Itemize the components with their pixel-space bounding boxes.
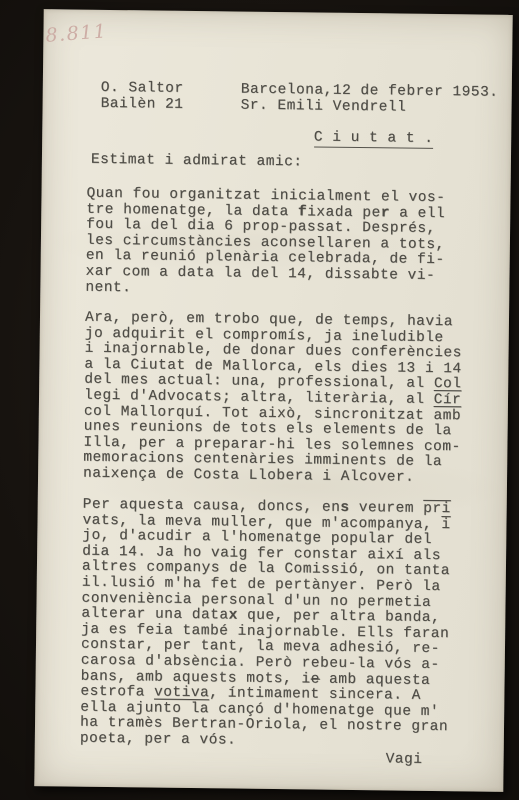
sender-block: O. Saltor Bailèn 21 bbox=[101, 81, 184, 113]
closing-word: Vagi bbox=[386, 752, 423, 768]
letter-line: naixença de Costa Llobera i Alcover. bbox=[83, 467, 460, 487]
recipient-city-underlined: C i u t a t . bbox=[314, 130, 434, 149]
sender-name: O. Saltor bbox=[101, 81, 184, 98]
letter-page: 8.811 O. Saltor Bailèn 21 Barcelona,12 d… bbox=[34, 9, 512, 792]
archive-number-annotation: 8.811 bbox=[45, 20, 108, 47]
salutation: Estimat i admirat amic: bbox=[91, 153, 303, 171]
paragraph-2: Ara, però, em trobo que, de temps, havia… bbox=[83, 311, 462, 487]
photo-background: 8.811 O. Saltor Bailèn 21 Barcelona,12 d… bbox=[0, 0, 519, 800]
paragraph-1: Quan fou organitzat inicialment el vos-t… bbox=[85, 187, 445, 301]
sender-address: Bailèn 21 bbox=[101, 96, 184, 113]
paragraph-3: Per aquesta causa, doncs, ens veurem pri… bbox=[80, 498, 451, 752]
